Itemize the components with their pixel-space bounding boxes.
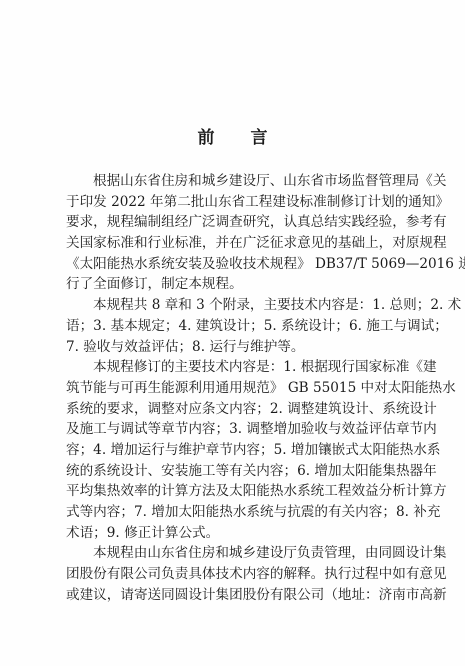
paragraph-3-line-4: 及施工与调试等章节内容；3. 调整增加验收与效益评估章节内	[66, 419, 398, 440]
paragraph-2-line-2: 语；3. 基本规定；4. 建筑设计；5. 系统设计；6. 施工与调试；	[66, 316, 398, 337]
paragraph-1-line-4: 关国家标准和行业标准，并在广泛征求意见的基础上，对原规程	[66, 233, 398, 254]
paragraph-1-line-6: 行了全面修订，制定本规程。	[66, 274, 398, 295]
paragraph-1-line-2: 于印发 2022 年第二批山东省工程建设标准制修订计划的通知》	[66, 192, 398, 213]
paragraph-1-line-1: 根据山东省住房和城乡建设厅、山东省市场监督管理局《关	[66, 171, 398, 192]
paragraph-3-line-7: 平均集热效率的计算方法及太阳能热水系统工程效益分析计算方	[66, 481, 398, 502]
paragraph-1-line-3: 要求，规程编制组经广泛调查研究，认真总结实践经验，参考有	[66, 212, 398, 233]
paragraph-4-line-2: 团股份有限公司负责具体技术内容的解释。执行过程中如有意见	[66, 564, 398, 585]
paragraph-3-line-6: 统的系统设计、安装施工等有关内容；6. 增加太阳能集热器年	[66, 461, 398, 482]
paragraph-3-line-3: 系统的要求，调整对应条文内容；2. 调整建筑设计、系统设计	[66, 399, 398, 420]
paragraph-3-line-9: 术语；9. 修正计算公式。	[66, 523, 398, 544]
paragraph-4-line-3: 或建议，请寄送同圆设计集团股份有限公司（地址：济南市高新	[66, 585, 398, 606]
preface-body: 根据山东省住房和城乡建设厅、山东省市场监督管理局《关 于印发 2022 年第二批…	[66, 171, 398, 605]
title-char-1: 前	[198, 127, 215, 149]
document-page: 前言 根据山东省住房和城乡建设厅、山东省市场监督管理局《关 于印发 2022 年…	[0, 0, 465, 666]
paragraph-2-line-3: 7. 验收与效益评估；8. 运行与维护等。	[66, 337, 398, 358]
title-char-2: 言	[251, 127, 268, 149]
paragraph-3-line-2: 筑节能与可再生能源利用通用规范》 GB 55015 中对太阳能热水	[66, 378, 398, 399]
paragraph-3-line-1: 本规程修订的主要技术内容是：1. 根据现行国家标准《建	[66, 357, 398, 378]
paragraph-3-line-8: 式等内容；7. 增加太阳能热水系统与抗震的有关内容；8. 补充	[66, 502, 398, 523]
page-title: 前言	[0, 127, 465, 149]
paragraph-2-line-1: 本规程共 8 章和 3 个附录，主要技术内容是：1. 总则；2. 术	[66, 295, 398, 316]
paragraph-3-line-5: 容；4. 增加运行与维护章节内容；5. 增加镶嵌式太阳能热水系	[66, 440, 398, 461]
paragraph-1-line-5: 《太阳能热水系统安装及验收技术规程》 DB37/T 5069—2016 进	[66, 254, 398, 275]
paragraph-4-line-1: 本规程由山东省住房和城乡建设厅负责管理，由同圆设计集	[66, 543, 398, 564]
